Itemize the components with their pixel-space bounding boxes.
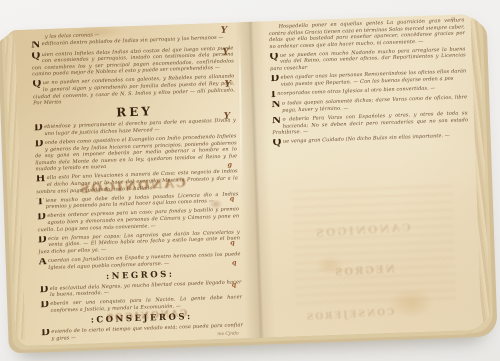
manuscript-entry: D onde deben como apostólico el Evangeli… <box>34 133 237 173</box>
page-stack-edge-right <box>471 20 491 322</box>
drop-capital: N <box>272 117 281 125</box>
entry-text: ue no pueden ser condenados con galeotes… <box>32 74 235 107</box>
drop-capital: Q <box>273 139 282 147</box>
margin-mark: Y <box>221 27 228 36</box>
margin-mark: Y <box>225 80 232 89</box>
manuscript-entry: Q ue no pueden ser condenados con galeot… <box>32 74 235 107</box>
drop-capital: A <box>39 258 47 266</box>
catchword: ms Cjndo <box>217 331 239 337</box>
manuscript-entry: Q uien contra Infieles delas Indias alzó… <box>31 45 234 78</box>
bleed-through-text: CANONIGOS <box>314 221 412 240</box>
margin-mark: Y <box>222 49 229 58</box>
drop-capital: D <box>38 236 47 244</box>
margin-mark: q <box>230 238 235 247</box>
margin-mark: Y <box>224 113 231 122</box>
paper-stain <box>388 288 435 320</box>
drop-capital: H <box>36 175 46 183</box>
drop-capital: D <box>41 329 50 337</box>
drop-capital: I <box>271 91 276 99</box>
bleed-through-text: NEGROS <box>333 264 395 279</box>
drop-capital: D <box>34 140 43 148</box>
drop-capital: N <box>31 41 40 49</box>
drop-capital: N <box>271 101 280 109</box>
entry-text: uien contra Infieles delas Indias alzó c… <box>31 45 234 78</box>
margin-mark: q <box>232 280 237 289</box>
fold-crease <box>238 34 242 184</box>
page-number: 7 <box>450 17 455 25</box>
drop-capital: D <box>270 75 279 83</box>
entry-text: onde deben como apostólico el Evangelio … <box>34 133 237 173</box>
drop-capital: Q <box>32 80 41 88</box>
drop-capital: D <box>40 286 49 294</box>
entry-text: Hospedella poner en aquellas gentes La g… <box>269 17 466 50</box>
bleed-through-text: CONSEJEROS <box>305 308 395 323</box>
right-page: Hospedella poner en aquellas gentes La g… <box>269 17 469 150</box>
margin-mark: q <box>232 258 237 267</box>
paper-stain <box>315 255 346 276</box>
photo-background: y las delas coronas — N edificarán dentr… <box>0 0 500 361</box>
manuscript-entry: Hospedella poner en aquellas gentes La g… <box>269 17 466 50</box>
manuscript-book: y las delas coronas — N edificarán dentr… <box>7 14 488 346</box>
drop-capital: D <box>40 301 49 309</box>
margin-mark: q <box>229 194 234 203</box>
page-stack-edge-left <box>5 34 26 340</box>
bleed-through-smudge <box>292 185 456 311</box>
left-page: y las delas coronas — N edificarán dentr… <box>31 27 244 345</box>
drop-capital: D <box>37 213 46 221</box>
margin-mark: g <box>227 161 232 170</box>
drop-capital: Q <box>31 52 40 60</box>
drop-capital: T <box>37 198 45 206</box>
drop-capital: D <box>34 124 43 132</box>
drop-capital: Q <box>270 53 279 61</box>
